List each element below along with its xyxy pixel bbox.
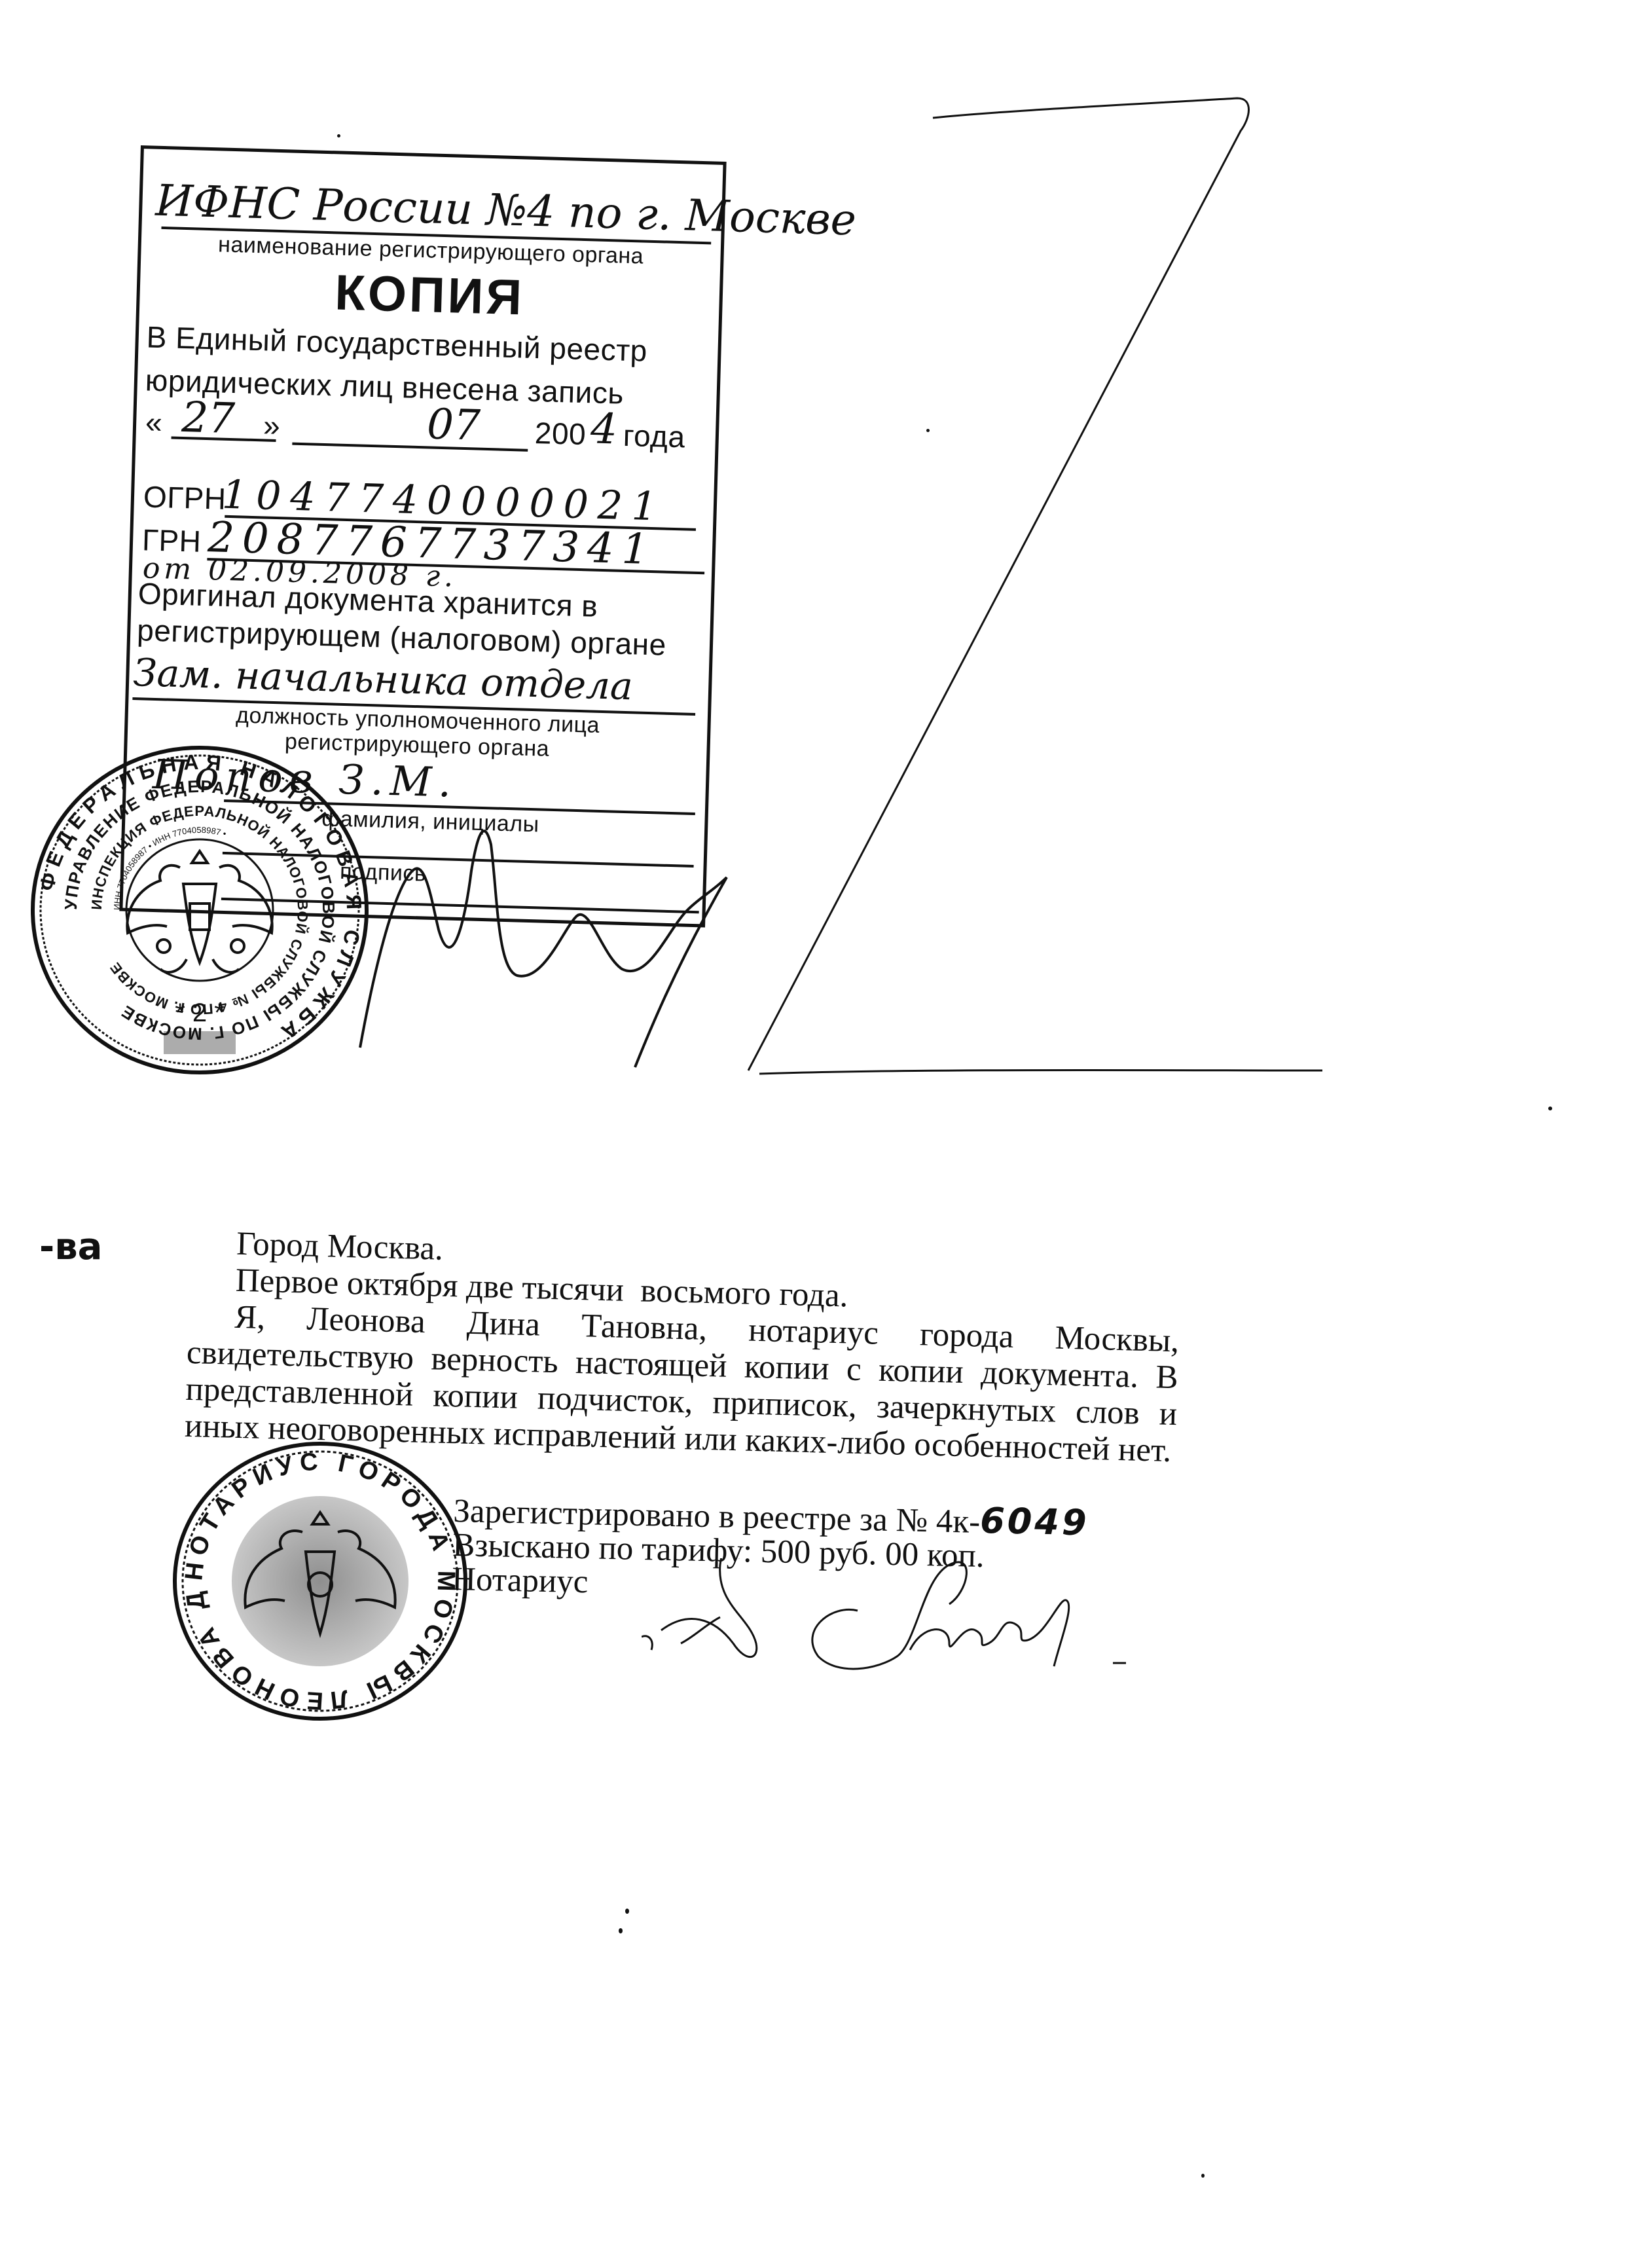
date-close-quote: » <box>263 407 281 443</box>
date-year-prefix: 200 <box>534 415 587 452</box>
scan-speck <box>619 1928 623 1933</box>
notary-certificate: Город Москва. Первое октября две тысячи … <box>184 1224 1181 1469</box>
date-year-suffix: года <box>623 418 685 455</box>
date-year-digit: 4 <box>590 405 618 454</box>
tax-seal-number: * 2 * <box>175 998 225 1027</box>
date-month: 07 <box>426 400 481 450</box>
notary-seal: НОТАРИУС ГОРОДА МОСКВЫ ЛЕОНОВА Д.Т. <box>172 1440 469 1722</box>
scan-speck <box>337 134 340 137</box>
date-open-quote: « <box>145 404 163 440</box>
side-fragment-text: -ва <box>39 1226 102 1268</box>
registry-number: 6049 <box>980 1500 1090 1543</box>
ogrn-label: ОГРН <box>143 479 227 517</box>
scan-speck <box>1548 1107 1552 1110</box>
scan-speck <box>926 429 930 432</box>
scan-speck <box>625 1909 629 1914</box>
tax-authority-seal: ФЕДЕРАЛЬНАЯ НАЛОГОВАЯ СЛУЖБА УПРАВЛЕНИЕ … <box>29 743 370 1077</box>
notary-signature <box>642 1558 1165 1683</box>
scan-speck <box>1201 2174 1205 2178</box>
date-day: 27 <box>181 393 235 443</box>
authority-handwritten: ИФНС России №4 по г. Москве <box>155 175 723 242</box>
